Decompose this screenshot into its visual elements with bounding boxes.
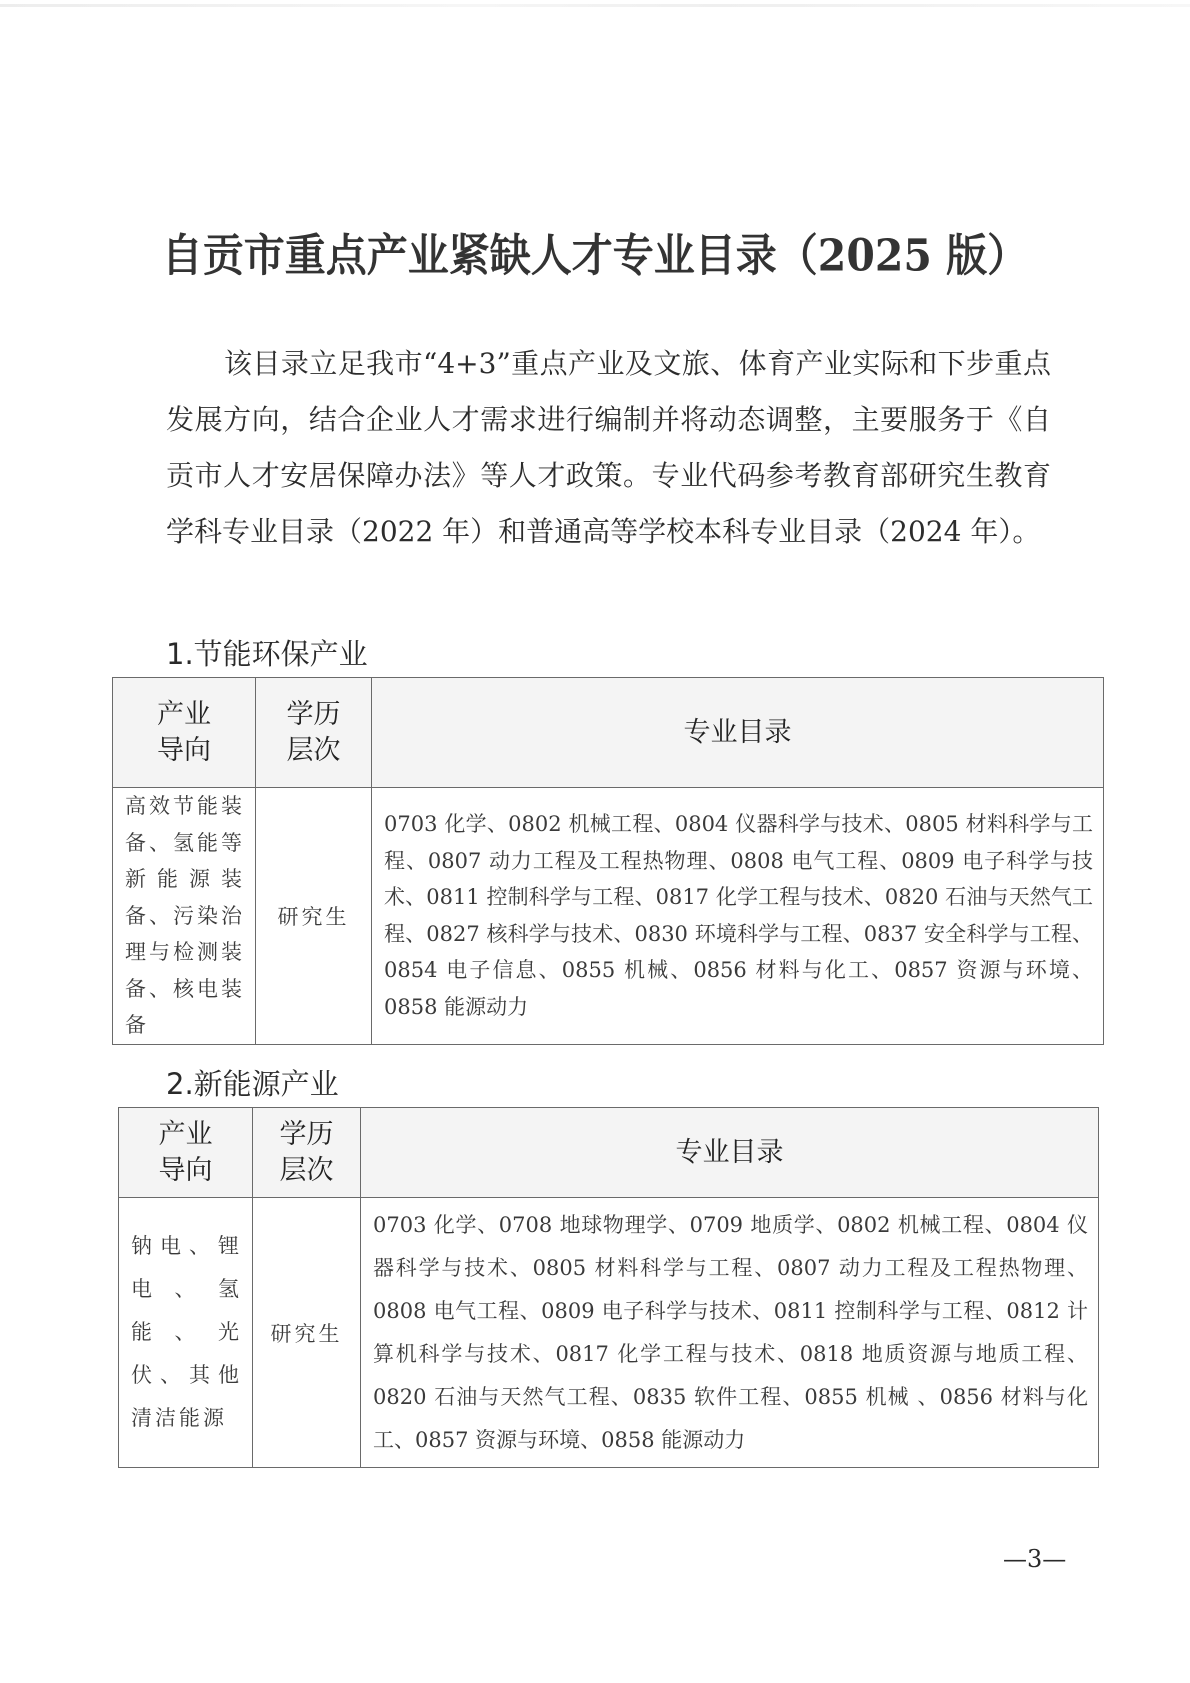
header-orientation-line1: 产业 <box>113 697 255 733</box>
catalog-table-energy-saving: 产业 导向 学历 层次 专业目录 高效节能装备、氢能等新能源装备、污染治理与检测… <box>112 677 1104 1045</box>
header-level: 学历 层次 <box>253 1108 361 1198</box>
majors-list-cell: 0703 化学、0708 地球物理学、0709 地质学、0802 机械工程、08… <box>361 1198 1099 1468</box>
header-orientation-line2: 导向 <box>113 733 255 769</box>
table-row: 钠电、锂电、氢能、光伏、其他清洁能源 研究生 0703 化学、0708 地球物理… <box>119 1198 1099 1468</box>
header-orientation: 产业 导向 <box>119 1108 253 1198</box>
education-level-cell: 研究生 <box>253 1198 361 1468</box>
header-level-line1: 学历 <box>256 697 371 733</box>
header-orientation-line1: 产业 <box>119 1117 252 1153</box>
section-heading-energy-saving: 1.节能环保产业 <box>166 632 368 673</box>
education-level-cell: 研究生 <box>256 788 372 1045</box>
header-level-line2: 层次 <box>253 1153 360 1189</box>
header-orientation-line2: 导向 <box>119 1153 252 1189</box>
table-row: 高效节能装备、氢能等新能源装备、污染治理与检测装备、核电装备 研究生 0703 … <box>113 788 1104 1045</box>
majors-list-cell: 0703 化学、0802 机械工程、0804 仪器科学与技术、0805 材料科学… <box>372 788 1104 1045</box>
header-orientation: 产业 导向 <box>113 678 256 788</box>
catalog-table-new-energy: 产业 导向 学历 层次 专业目录 钠电、锂电、氢能、光伏、其他清洁能源 研究生 … <box>118 1107 1099 1468</box>
header-majors: 专业目录 <box>372 678 1104 788</box>
page-number: —3— <box>1003 1545 1066 1573</box>
intro-text: 该目录立足我市“4+3”重点产业及文旅、体育产业实际和下步重点发展方向，结合企业… <box>166 336 1051 560</box>
header-level-line1: 学历 <box>253 1117 360 1153</box>
section-heading-new-energy: 2.新能源产业 <box>166 1062 339 1103</box>
intro-paragraph: 该目录立足我市“4+3”重点产业及文旅、体育产业实际和下步重点发展方向，结合企业… <box>166 336 1051 560</box>
header-majors: 专业目录 <box>361 1108 1099 1198</box>
table-header-row: 产业 导向 学历 层次 专业目录 <box>119 1108 1099 1198</box>
industry-orientation-cell: 钠电、锂电、氢能、光伏、其他清洁能源 <box>119 1198 253 1468</box>
table-header-row: 产业 导向 学历 层次 专业目录 <box>113 678 1104 788</box>
industry-orientation-cell: 高效节能装备、氢能等新能源装备、污染治理与检测装备、核电装备 <box>113 788 256 1045</box>
document-title: 自贡市重点产业紧缺人才专业目录（2025 版） <box>0 220 1190 284</box>
header-level: 学历 层次 <box>256 678 372 788</box>
scan-edge-artifact <box>0 4 1190 7</box>
header-level-line2: 层次 <box>256 733 371 769</box>
